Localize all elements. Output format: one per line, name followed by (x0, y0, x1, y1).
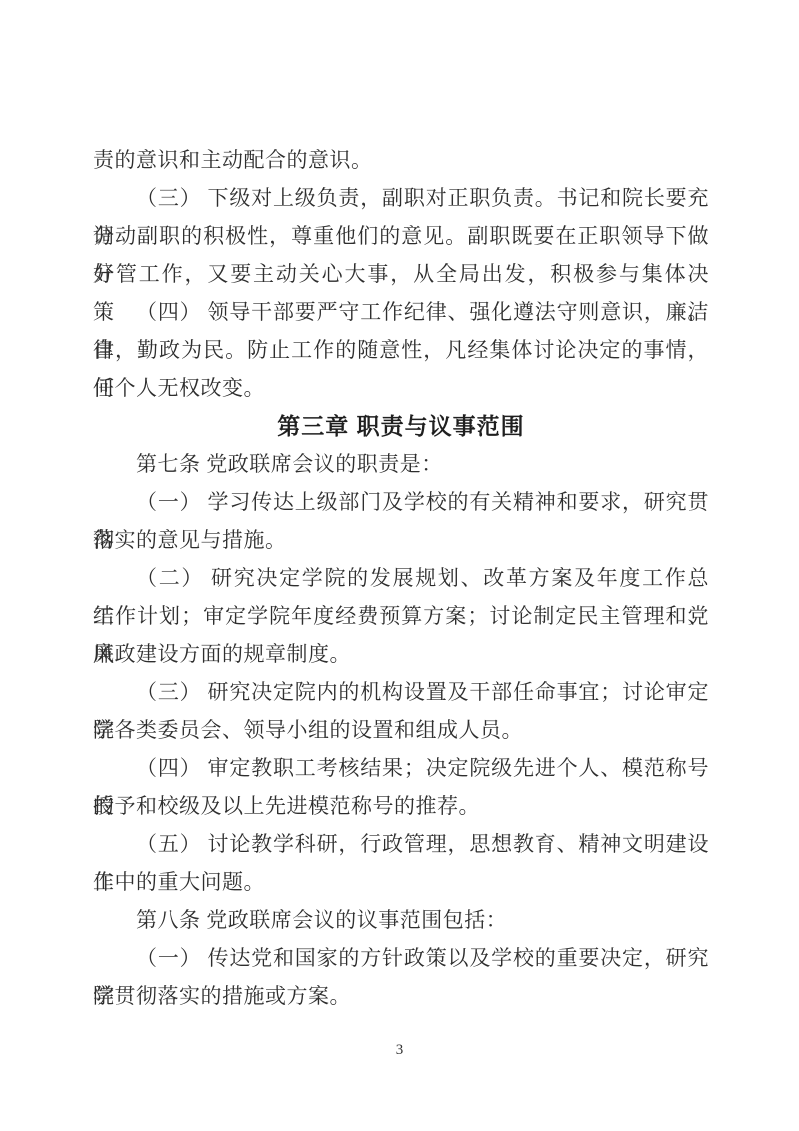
body-line: 廉政建设方面的规章制度。 (93, 635, 709, 673)
body-line: 落实的意见与措施。 (93, 521, 709, 559)
body-line: 院各类委员会、领导小组的设置和组成人员。 (93, 711, 709, 749)
body-line: （一） 学习传达上级部门及学校的有关精神和要求，研究贯彻 (93, 483, 709, 521)
body-line: （三） 研究决定院内的机构设置及干部任命事宜；讨论审定学 (93, 673, 709, 711)
article-line: 第八条 党政联席会议的议事范围包括： (93, 901, 709, 939)
text-block: 责的意识和主动配合的意识。 （三） 下级对上级负责，副职对正职负责。书记和院长要… (93, 141, 709, 1015)
body-line: 调动副职的积极性，尊重他们的意见。副职既要在正职领导下做好 (93, 217, 709, 255)
body-line: 律，勤政为民。防止工作的随意性，凡经集体讨论决定的事情，任 (93, 331, 709, 369)
body-line: （四） 审定教职工考核结果；决定院级先进个人、模范称号的 (93, 749, 709, 787)
body-line: （五） 讨论教学科研，行政管理，思想教育、精神文明建设工 (93, 825, 709, 863)
body-line: （四） 领导干部要严守工作纪律、强化遵法守则意识，廉洁自 (93, 293, 709, 331)
page-number: 3 (0, 1042, 799, 1059)
body-line: 作中的重大问题。 (93, 863, 709, 901)
body-line: 责的意识和主动配合的意识。 (93, 141, 709, 179)
body-line: （一） 传达党和国家的方针政策以及学校的重要决定，研究学 (93, 939, 709, 977)
body-line: 分管工作，又要主动关心大事，从全局出发，积极参与集体决策。 (93, 255, 709, 293)
body-line: 何个人无权改变。 (93, 369, 709, 407)
body-line: 授予和校级及以上先进模范称号的推荐。 (93, 787, 709, 825)
body-line: 院贯彻落实的措施或方案。 (93, 977, 709, 1015)
article-line: 第七条 党政联席会议的职责是： (93, 445, 709, 483)
body-line: 工作计划；审定学院年度经费预算方案；讨论制定民主管理和党风 (93, 597, 709, 635)
body-line: （三） 下级对上级负责，副职对正职负责。书记和院长要充分 (93, 179, 709, 217)
document-page: 责的意识和主动配合的意识。 （三） 下级对上级负责，副职对正职负责。书记和院长要… (0, 0, 799, 1131)
body-line: （二） 研究决定学院的发展规划、改革方案及年度工作总结、 (93, 559, 709, 597)
chapter-heading: 第三章 职责与议事范围 (93, 407, 709, 445)
